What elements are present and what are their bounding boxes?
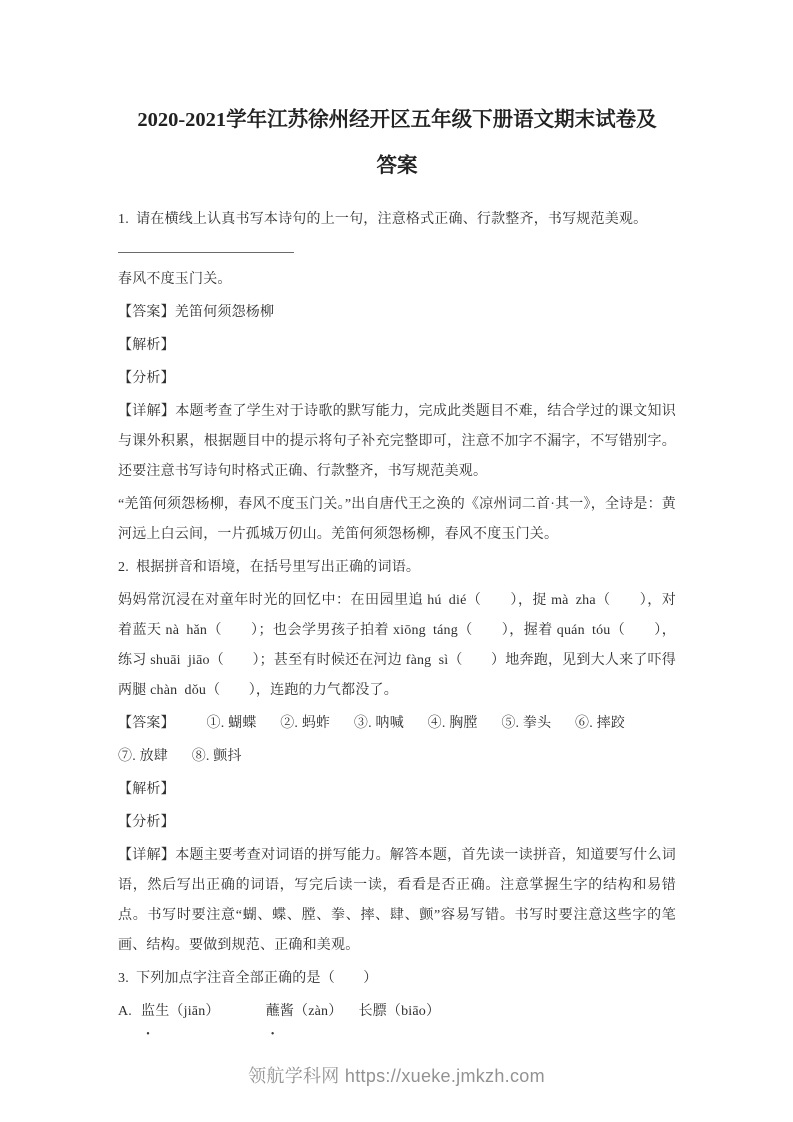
option-a-word-3: 长膘（biāo） xyxy=(358,1004,440,1019)
question-1-poem-source: “羌笛何须怨杨柳，春风不度玉门关。”出自唐代王之涣的《凉州词二首·其一》，全诗是… xyxy=(118,490,676,550)
question-2-passage: 妈妈常沉浸在对童年时光的回忆中：在田园里追 hú dié（ ），捉 mà zha… xyxy=(118,586,676,706)
answer-item-7: ⑦. 放肆 xyxy=(118,749,168,764)
handwriting-blank-line xyxy=(118,238,294,253)
question-1-answer: 【答案】羌笛何须怨杨柳 xyxy=(118,298,676,328)
option-a-label: A. xyxy=(118,1004,132,1019)
question-1-explanation: 【详解】本题考查了学生对于诗歌的默写能力，完成此类题目不难，结合学过的课文知识与… xyxy=(118,397,676,487)
question-3-prompt: 3. 下列加点字注音全部正确的是（ ） xyxy=(118,964,676,994)
answer-item-6: ⑥. 摔跤 xyxy=(575,716,625,731)
question-2-prompt: 2. 根据拼音和语境，在括号里写出正确的词语。 xyxy=(118,553,676,583)
question-2-fenxi-label: 【分析】 xyxy=(118,808,676,838)
page-title-line2: 答案 xyxy=(118,143,676,189)
answer-item-1: ①. 蝴蝶 xyxy=(207,716,257,731)
page-title: 2020-2021学年江苏徐州经开区五年级下册语文期末试卷及 答案 xyxy=(118,97,676,189)
option-a-word-2: 酱（zàn） xyxy=(280,1004,343,1019)
page-title-line1: 2020-2021学年江苏徐州经开区五年级下册语文期末试卷及 xyxy=(118,97,676,143)
question-1-jiexi-label: 【解析】 xyxy=(118,331,676,361)
question-2-explanation: 【详解】本题主要考查对词语的拼写能力。解答本题，首先读一读拼音，知道要写什么词语… xyxy=(118,841,676,961)
answer-item-5: ⑤. 拳头 xyxy=(501,716,551,731)
question-2-answer-line2: ⑦. 放肆 ⑧. 颤抖 xyxy=(118,742,676,772)
question-1-prompt: 1. 请在横线上认真书写本诗句的上一句，注意格式正确、行款整齐，书写规范美观。 xyxy=(118,205,676,235)
answer-item-2: ②. 蚂蚱 xyxy=(280,716,330,731)
answer-item-8: ⑧. 颤抖 xyxy=(192,749,242,764)
footer-watermark: 领航学科网 https://xueke.jmkzh.com xyxy=(0,1062,793,1088)
option-a-dotted-char-2: 蘸 xyxy=(266,997,280,1027)
document-page: 2020-2021学年江苏徐州经开区五年级下册语文期末试卷及 答案 1. 请在横… xyxy=(0,0,793,1027)
answer-item-3: ③. 呐喊 xyxy=(354,716,404,731)
question-2-answer-line1: 【答案】 ①. 蝴蝶 ②. 蚂蚱 ③. 呐喊 ④. 胸膛 ⑤. 拳头 ⑥. 摔跤 xyxy=(118,709,676,739)
answer-item-4: ④. 胸膛 xyxy=(428,716,478,731)
question-1-given-verse: 春风不度玉门关。 xyxy=(118,265,676,295)
question-2-jiexi-label: 【解析】 xyxy=(118,775,676,805)
option-a-dotted-char-1: 监 xyxy=(141,997,155,1027)
question-1-fenxi-label: 【分析】 xyxy=(118,364,676,394)
question-3-option-a: A.监生（jiān）蘸酱（zàn）长膘（biāo） xyxy=(118,997,676,1027)
answer-label: 【答案】 xyxy=(118,716,175,731)
option-a-word-1: 生（jiān） xyxy=(155,1004,219,1019)
